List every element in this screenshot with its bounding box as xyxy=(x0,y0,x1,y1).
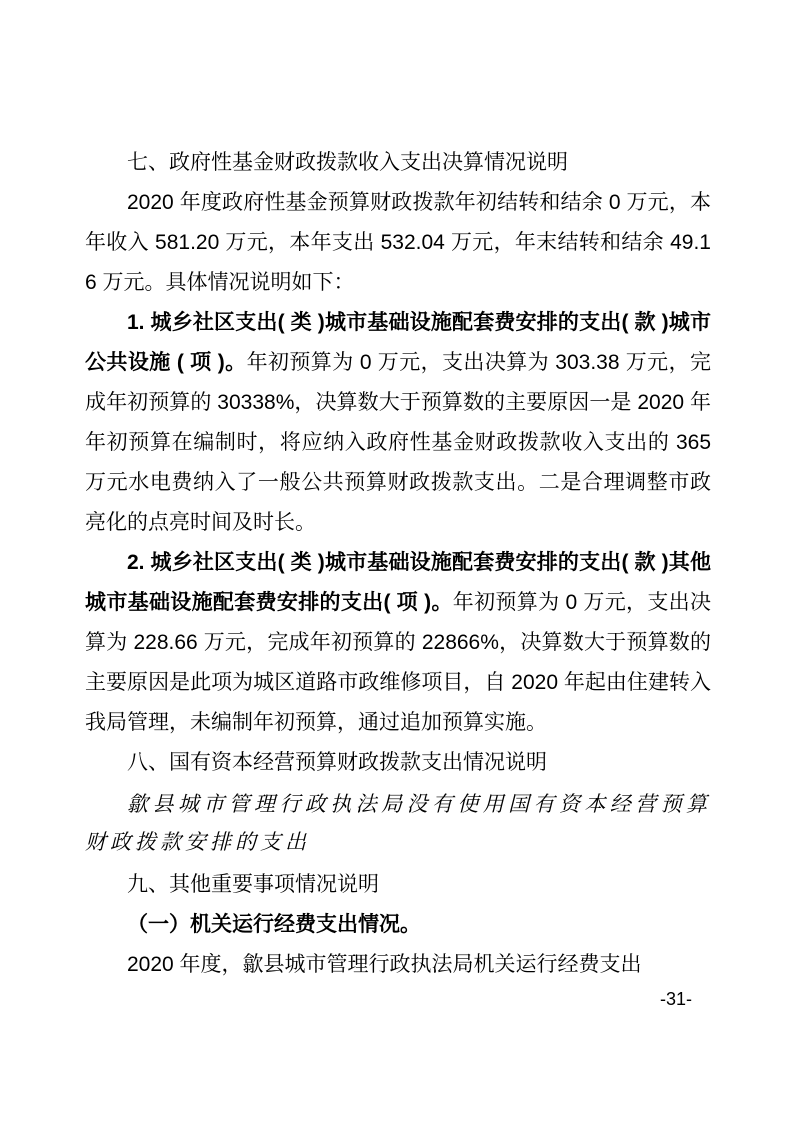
section-8-statement: 歙县城市管理行政执法局没有使用国有资本经营预算财政拨款安排的支出 xyxy=(85,785,711,861)
document-body: 七、政府性基金财政拨款收入支出决算情况说明 2020 年度政府性基金预算财政拨款… xyxy=(85,143,711,985)
item-2-paragraph: 2. 城乡社区支出( 类 )城市基础设施配套费安排的支出( 款 )其他城市基础设… xyxy=(85,543,711,743)
section-7-intro-paragraph: 2020 年度政府性基金预算财政拨款年初结转和结余 0 万元，本年收入 581.… xyxy=(85,183,711,303)
section-9-sub1-heading: （一）机关运行经费支出情况。 xyxy=(85,905,711,945)
section-7-heading: 七、政府性基金财政拨款收入支出决算情况说明 xyxy=(85,143,711,183)
section-9-sub1-text: 2020 年度，歙县城市管理行政执法局机关运行经费支出 xyxy=(85,945,711,985)
document-page: 七、政府性基金财政拨款收入支出决算情况说明 2020 年度政府性基金预算财政拨款… xyxy=(0,0,793,1122)
section-8-heading: 八、国有资本经营预算财政拨款支出情况说明 xyxy=(85,743,711,783)
page-number: -31- xyxy=(660,988,692,1010)
item-1-paragraph: 1. 城乡社区支出( 类 )城市基础设施配套费安排的支出( 款 )城市公共设施 … xyxy=(85,303,711,543)
item-1-text: 年初预算为 0 万元，支出决算为 303.38 万元，完成年初预算的 30338… xyxy=(85,351,711,534)
section-9-heading: 九、其他重要事项情况说明 xyxy=(85,865,711,905)
